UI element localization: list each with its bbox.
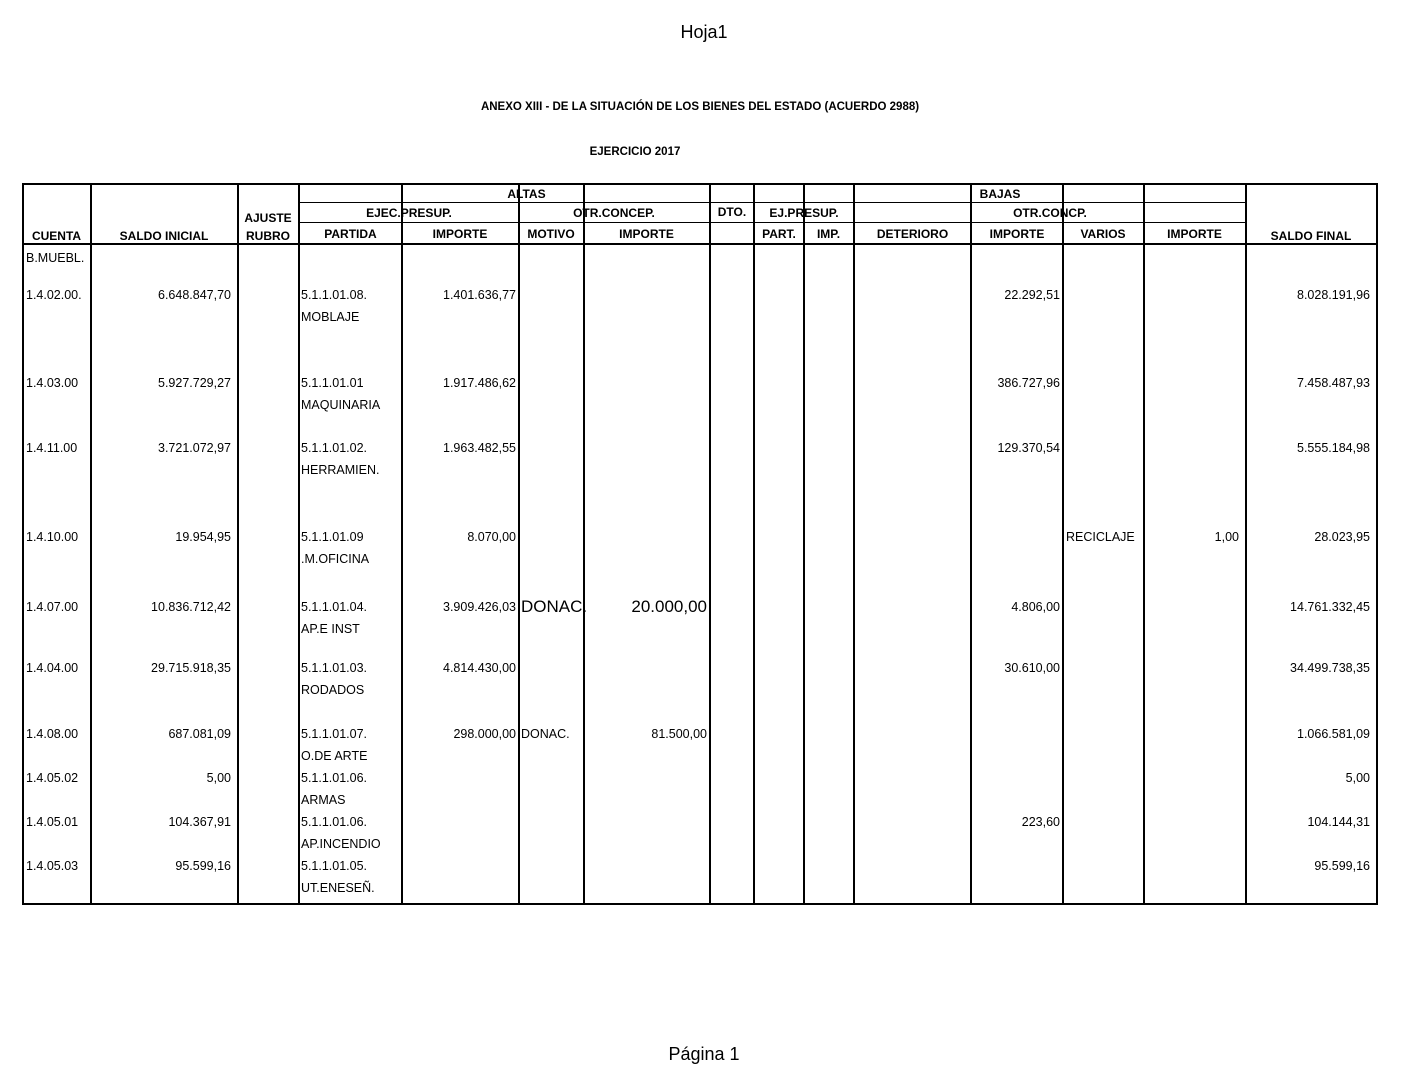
cell-cuenta: 1.4.05.03: [26, 859, 78, 873]
grid-line: [22, 183, 1378, 185]
cell-importe-deterioro: 386.727,96: [972, 376, 1060, 390]
cell-importe-altas: 1.401.636,77: [403, 288, 516, 302]
header-importe-det: IMPORTE: [972, 227, 1062, 241]
grid-line: [300, 202, 1245, 203]
cell-importe-altas: 1.963.482,55: [403, 441, 516, 455]
header-imp: IMP.: [804, 227, 853, 241]
cell-partida: 5.1.1.01.06.: [301, 771, 367, 785]
grid-line: [22, 183, 24, 904]
assets-table: ALTAS BAJAS EJEC.PRESUP. OTR.CONCEP. DTO…: [0, 0, 1408, 1088]
cell-partida: 5.1.1.01.01: [301, 376, 364, 390]
cell-importe-deterioro: 223,60: [972, 815, 1060, 829]
cell-saldo-final: 95.599,16: [1247, 859, 1370, 873]
cell-partida: 5.1.1.01.03.: [301, 661, 367, 675]
cell-partida: 5.1.1.01.05.: [301, 859, 367, 873]
cell-saldo-final: 34.499.738,35: [1247, 661, 1370, 675]
cell-saldo-inicial: 95.599,16: [92, 859, 231, 873]
header-otr-concep: OTR.CONCEP.: [519, 206, 709, 220]
grid-line: [1245, 183, 1247, 904]
cell-saldo-inicial: 5.927.729,27: [92, 376, 231, 390]
header-importe-otr: IMPORTE: [584, 227, 709, 241]
cell-partida: 5.1.1.01.04.: [301, 600, 367, 614]
header-varios: VARIOS: [1063, 227, 1143, 241]
header-motivo: MOTIVO: [519, 227, 583, 241]
grid-line: [22, 243, 1378, 245]
cell-saldo-inicial: 19.954,95: [92, 530, 231, 544]
cell-importe-deterioro: 30.610,00: [972, 661, 1060, 675]
cell-partida-desc: MOBLAJE: [301, 310, 359, 324]
header-deterioro: DETERIORO: [855, 227, 970, 241]
cell-saldo-final: 7.458.487,93: [1247, 376, 1370, 390]
cell-importe-otr: 81.500,00: [585, 727, 707, 741]
grid-line: [401, 183, 403, 904]
cell-saldo-final: 5,00: [1247, 771, 1370, 785]
page-number: Página 1: [0, 1044, 1408, 1065]
cell-importe-altas: 4.814.430,00: [403, 661, 516, 675]
header-bajas: BAJAS: [755, 187, 1245, 201]
cell-partida: 5.1.1.01.08.: [301, 288, 367, 302]
grid-line: [237, 183, 239, 904]
grid-line: [1143, 183, 1145, 904]
cell-partida-desc: UT.ENESEÑ.: [301, 881, 375, 895]
cell-partida: 5.1.1.01.02.: [301, 441, 367, 455]
grid-line: [970, 183, 972, 904]
cell-saldo-final: 8.028.191,96: [1247, 288, 1370, 302]
cell-cuenta: 1.4.10.00: [26, 530, 78, 544]
cell-cuenta: 1.4.04.00: [26, 661, 78, 675]
header-importe-altas: IMPORTE: [402, 227, 518, 241]
header-altas: ALTAS: [300, 187, 753, 201]
grid-line: [583, 183, 585, 904]
grid-line: [298, 183, 300, 904]
header-rubro: RUBRO: [238, 229, 298, 243]
grid-line: [1376, 183, 1378, 904]
cell-partida-desc: RODADOS: [301, 683, 364, 697]
cell-partida-desc: O.DE ARTE: [301, 749, 367, 763]
cell-importe-altas: 3.909.426,03: [403, 600, 516, 614]
cell-cuenta: 1.4.08.00: [26, 727, 78, 741]
grid-line: [90, 183, 92, 904]
cell-partida-desc: MAQUINARIA: [301, 398, 380, 412]
cell-saldo-inicial: 29.715.918,35: [92, 661, 231, 675]
cell-motivo: DONAC.: [521, 598, 587, 616]
cell-saldo-inicial: 5,00: [92, 771, 231, 785]
cell-cuenta: 1.4.02.00.: [26, 288, 82, 302]
grid-line: [803, 183, 805, 904]
header-dto: DTO.: [710, 205, 754, 219]
cell-cuenta: 1.4.05.02: [26, 771, 78, 785]
cell-saldo-inicial: 10.836.712,42: [92, 600, 231, 614]
header-cuenta: CUENTA: [23, 229, 90, 243]
cell-importe-altas: 298.000,00: [403, 727, 516, 741]
cell-partida-desc: ARMAS: [301, 793, 345, 807]
cell-partida-desc: HERRAMIEN.: [301, 463, 379, 477]
cell-partida-desc: AP.INCENDIO: [301, 837, 381, 851]
cell-saldo-final: 104.144,31: [1247, 815, 1370, 829]
header-saldo-inicial: SALDO INICIAL: [91, 229, 237, 243]
header-partida: PARTIDA: [300, 227, 401, 241]
header-part: PART.: [755, 227, 803, 241]
cell-importe-deterioro: 4.806,00: [972, 600, 1060, 614]
grid-line: [1062, 183, 1064, 904]
cell-importe-altas: 1.917.486,62: [403, 376, 516, 390]
cell-partida: 5.1.1.01.07.: [301, 727, 367, 741]
cell-saldo-final: 5.555.184,98: [1247, 441, 1370, 455]
cell-partida-desc: AP.E INST: [301, 622, 360, 636]
cell-importe-varios: 1,00: [1145, 530, 1239, 544]
cell-importe-altas: 8.070,00: [403, 530, 516, 544]
grid-line: [709, 183, 711, 904]
cell-saldo-final: 28.023,95: [1247, 530, 1370, 544]
cell-partida: 5.1.1.01.09: [301, 530, 364, 544]
cell-partida-desc: .M.OFICINA: [301, 552, 369, 566]
cell-cuenta: 1.4.11.00: [26, 441, 77, 455]
grid-line: [518, 183, 520, 904]
grid-line: [853, 183, 855, 904]
cell-saldo-final: 1.066.581,09: [1247, 727, 1370, 741]
cell-saldo-inicial: 687.081,09: [92, 727, 231, 741]
header-ejec-presup: EJEC.PRESUP.: [300, 206, 518, 220]
cell-saldo-inicial: 104.367,91: [92, 815, 231, 829]
header-importe-varios: IMPORTE: [1145, 227, 1244, 241]
cell-importe-deterioro: 22.292,51: [972, 288, 1060, 302]
header-otr-concp: OTR.CONCP.: [855, 206, 1245, 220]
cell-varios: RECICLAJE: [1066, 530, 1135, 544]
grid-line: [22, 903, 1378, 905]
cell-motivo: DONAC.: [521, 727, 570, 741]
cell-cuenta: 1.4.03.00: [26, 376, 78, 390]
cell-cuenta: 1.4.07.00: [26, 600, 78, 614]
cell-saldo-inicial: 3.721.072,97: [92, 441, 231, 455]
cell-saldo-inicial: 6.648.847,70: [92, 288, 231, 302]
cell-importe-otr: 20.000,00: [585, 598, 707, 616]
cell-partida: 5.1.1.01.06.: [301, 815, 367, 829]
grid-line: [753, 183, 755, 904]
group-label: B.MUEBL.: [26, 251, 84, 265]
header-saldo-final: SALDO FINAL: [1246, 229, 1376, 243]
cell-importe-deterioro: 129.370,54: [972, 441, 1060, 455]
cell-cuenta: 1.4.05.01: [26, 815, 78, 829]
cell-saldo-final: 14.761.332,45: [1247, 600, 1370, 614]
header-ajuste: AJUSTE: [238, 211, 298, 225]
grid-line: [300, 222, 1245, 223]
